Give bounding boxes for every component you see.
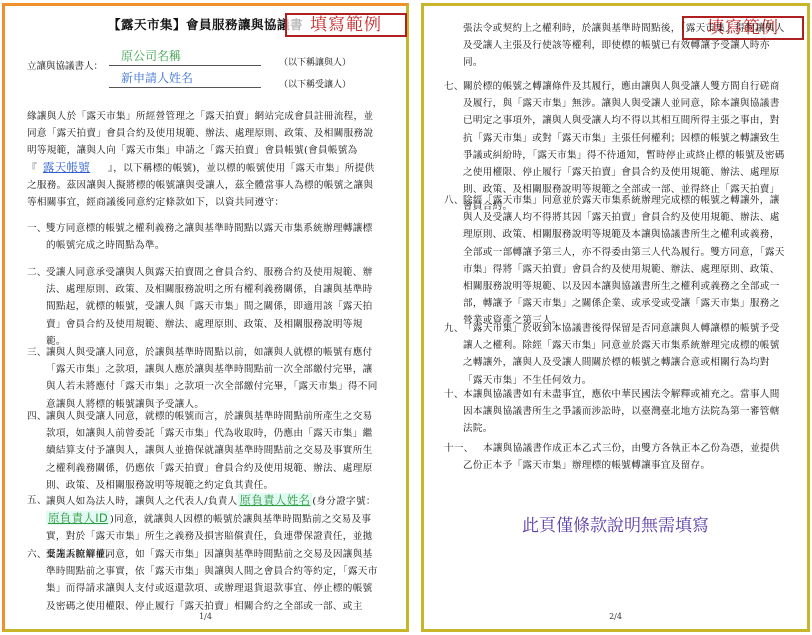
clause-11: 十一、 本讓與協議書作成正本乙式三份，由雙方各執正本乙份為憑，並提供乙份正本予「… (444, 440, 788, 474)
clause-text: 雙方同意標的帳號之權利義務之讓與基準時間點以露天市集系統辦理轉讓標的帳號完成之時… (27, 220, 379, 254)
page-number: 1/4 (5, 612, 406, 621)
clause-number: 一、 (27, 220, 47, 237)
clause-number: 五、 (27, 492, 47, 509)
clause-text: 本讓與協議書如有未盡事宜，應依中華民國法令解釋或補充之。當事人間因本讓與協議書所… (444, 386, 788, 438)
clause-10: 十、 本讓與協議書如有未盡事宜，應依中華民國法令解釋或補充之。當事人間因本讓與協… (444, 386, 788, 438)
clause-text: 讓與人與受讓人同意，於讓與基準時間點以前，如讓與人就標的帳號有應付「露天市集」之… (27, 344, 379, 413)
party-block: 立讓與協議書人： 原公司名稱 （以下稱讓與人） 新申請人姓名 （以下稱受讓人） (27, 48, 397, 88)
document-page-2: 填寫範例 張法令或契約上之權利時，於讓與基準時間點後，「露天市集」得對讓與人及受… (421, 3, 810, 632)
clause-1: 一、 雙方同意標的帳號之權利義務之讓與基準時間點以露天市集系統辦理轉讓標的帳號完… (27, 220, 379, 254)
transferee-field[interactable]: 新申請人姓名 (109, 70, 261, 88)
clause-number: 八、 (444, 192, 464, 209)
clause-2: 二、 受讓人同意承受讓與人與露天拍賣間之會員合約、服務合約及使用規範、辦法、處理… (27, 264, 379, 350)
clause-text: 讓與人如為法人時，讓與人之代表人/負責人 (46, 496, 238, 507)
party-label: 立讓與協議書人： (27, 58, 103, 72)
clause-number: 六、 (27, 546, 47, 563)
clause-text: 讓與人與受讓人同意，就標的帳號而言，於讓與基準時間點前所產生之交易款項，如讓與人… (27, 408, 379, 494)
clause-text: 受讓人瞭解並同意，如「露天市集」因讓與基準時間點前之交易及因讓與基準時間點前之事… (27, 546, 379, 615)
clause-number: 十、 (444, 386, 464, 403)
clause-text: 受讓人同意承受讓與人與露天拍賣間之會員合約、服務合約及使用規範、辦法、處理原則、… (27, 264, 379, 350)
transferor-value: 原公司名稱 (121, 47, 181, 64)
clause-number: 九、 (444, 320, 464, 337)
clause-9: 九、 「露天市集」於收到本協議書後得保留是否同意讓與人轉讓標的帳號予受讓人之權利… (444, 320, 788, 389)
account-field[interactable]: 露天帳號 (37, 160, 108, 174)
clause-8: 八、 除經「露天市集」同意並於露天市集系統辦理完成標的帳號之轉讓外，讓與人及受讓… (444, 192, 788, 330)
representative-id-field[interactable]: 原負責人ID (46, 511, 110, 525)
transferor-note: （以下稱讓與人） (279, 55, 351, 68)
clause-text: 「露天市集」於收到本協議書後得保留是否同意讓與人轉讓標的帳號予受讓人之權利。除經… (444, 320, 788, 389)
continuation-text: 張法令或契約上之權利時，於讓與基準時間點後，「露天市集」得對讓與人及受讓人主張及… (463, 20, 788, 71)
page-number: 2/4 (424, 612, 807, 621)
sample-stamp: 填寫範例 (285, 13, 407, 37)
preamble: 緣讓與人於「露天市集」所經營管理之「露天拍賣」網站完成會員註冊流程，並同意「露天… (27, 108, 379, 211)
representative-name-field[interactable]: 原負責人姓名 (238, 493, 313, 507)
no-fill-required-note: 此頁僅條款說明無需填寫 (424, 511, 807, 536)
clause-text: 除經「露天市集」同意並於露天市集系統辦理完成標的帳號之轉讓外，讓與人及受讓人均不… (444, 192, 788, 330)
clause-6: 六、 受讓人瞭解並同意，如「露天市集」因讓與基準時間點前之交易及因讓與基準時間點… (27, 546, 379, 615)
transferee-value: 新申請人姓名 (121, 69, 193, 86)
clause-number: 二、 (27, 264, 47, 281)
document-page-1: 【露天市集】會員服務讓與協議書 填寫範例 立讓與協議書人： 原公司名稱 （以下稱… (2, 3, 409, 632)
clause-number: 十一、 (444, 440, 474, 457)
clause-number: 四、 (27, 408, 47, 425)
quote-open: 『 (27, 163, 37, 174)
clause-3: 三、 讓與人與受讓人同意，於讓與基準時間點以前，如讓與人就標的帳號有應付「露天市… (27, 344, 379, 413)
clause-number: 七、 (444, 78, 464, 95)
clause-number: 三、 (27, 344, 47, 361)
clause-text: (身分證字號： (312, 496, 375, 507)
transferor-field[interactable]: 原公司名稱 (109, 48, 261, 66)
clause-4: 四、 讓與人與受讓人同意，就標的帳號而言，於讓與基準時間點前所產生之交易款項，如… (27, 408, 379, 494)
clause-text: 本讓與協議書作成正本乙式三份，由雙方各執正本乙份為憑，並提供乙份正本予「露天市集… (444, 440, 788, 474)
preamble-text-1: 緣讓與人於「露天市集」所經營管理之「露天拍賣」網站完成會員註冊流程，並同意「露天… (27, 111, 373, 156)
transferee-note: （以下稱受讓人） (279, 77, 351, 90)
